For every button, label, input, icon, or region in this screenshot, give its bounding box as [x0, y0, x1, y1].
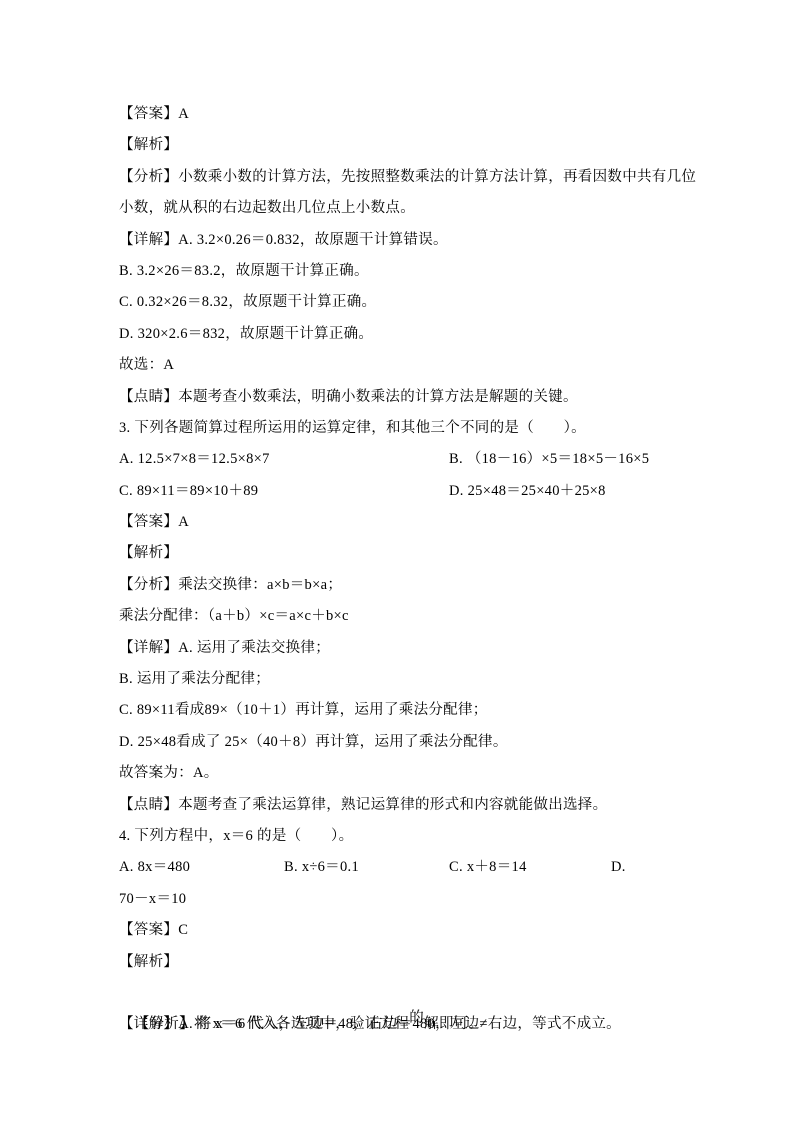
q4-option-d-label: D. — [611, 852, 716, 883]
q3-conclusion: 故答案为：A。 — [119, 758, 716, 789]
q2-analysis-header: 【解析】 — [119, 130, 716, 161]
q3-option-d: D. 25×48＝25×40＋25×8 — [449, 476, 716, 507]
q3-analysis-line-2: 乘法分配律：（a＋b）×c＝a×c＋b×c — [119, 601, 716, 632]
q2-detail-option-d: D. 320×2.6＝832，故原题干计算正确。 — [119, 319, 716, 350]
document-page: 【答案】A 【解析】 【分析】小数乘小数的计算方法，先按照整数乘法的计算方法计算… — [0, 0, 794, 1123]
q2-detail-option-a: 【详解】A. 3.2×0.26＝0.832，故原题干计算错误。 — [119, 225, 716, 256]
q4-analysis-header: 【解析】 — [119, 947, 716, 978]
q3-question: 3. 下列各题简算过程所运用的运算定律，和其他三个不同的是（ ）。 — [119, 413, 716, 444]
q4-question: 4. 下列方程中，x＝6 的是（ ）。 — [119, 821, 716, 852]
q3-note: 【点睛】本题考查了乘法运算律，熟记运算律的形式和内容就能做出选择。 — [119, 790, 716, 821]
q3-detail-option-c: C. 89×11看成89×（10＋1）再计算，运用了乘法分配律； — [119, 695, 716, 726]
q2-analysis-line-1: 【分析】小数乘小数的计算方法，先按照整数乘法的计算方法计算，再看因数中共有几位 — [119, 162, 716, 193]
q3-detail-option-a: 【详解】A. 运用了乘法交换律； — [119, 633, 716, 664]
q2-note: 【点睛】本题考查小数乘法，明确小数乘法的计算方法是解题的关键。 — [119, 382, 716, 413]
q3-analysis-line-1: 【分析】乘法交换律：a×b＝b×a； — [119, 570, 716, 601]
q2-answer-line: 【答案】A — [119, 99, 716, 130]
q3-option-c: C. 89×11＝89×10＋89 — [119, 476, 449, 507]
q2-detail-option-c: C. 0.32×26＝8.32，故原题干计算正确。 — [119, 287, 716, 318]
q2-detail-option-b: B. 3.2×26＝83.2，故原题干计算正确。 — [119, 256, 716, 287]
q3-options-row-2: C. 89×11＝89×10＋89 D. 25×48＝25×40＋25×8 — [119, 476, 716, 507]
q3-option-a: A. 12.5×7×8＝12.5×8×7 — [119, 444, 449, 475]
q4-analysis-superscript: 的 — [409, 1011, 424, 1026]
q3-option-b: B. （18－16）×5＝18×5－16×5 — [449, 444, 716, 475]
q4-answer-line: 【答案】C — [119, 915, 716, 946]
q2-conclusion: 故选：A — [119, 350, 716, 381]
q2-analysis-line-2: 小数，就从积的右边起数出几位点上小数点。 — [119, 193, 716, 224]
q4-options-row: A. 8x＝480 B. x÷6＝0.1 C. x＋8＝14 D. — [119, 852, 716, 883]
q3-detail-option-b: B. 运用了乘法分配律； — [119, 664, 716, 695]
q4-option-c: C. x＋8＝14 — [449, 852, 611, 883]
q4-option-b: B. x÷6＝0.1 — [284, 852, 449, 883]
q3-options-row-1: A. 12.5×7×8＝12.5×8×7 B. （18－16）×5＝18×5－1… — [119, 444, 716, 475]
q4-option-a: A. 8x＝480 — [119, 852, 284, 883]
q4-option-d-continuation: 70－x＝10 — [119, 884, 716, 915]
q3-detail-option-d: D. 25×48看成了 25×（40＋8）再计算，运用了乘法分配律。 — [119, 727, 716, 758]
q4-analysis-line: 【分析】将 x＝6 代入各选项中，验证方程的解即可。 — [119, 978, 716, 1009]
q3-answer-line: 【答案】A — [119, 507, 716, 538]
q3-analysis-header: 【解析】 — [119, 538, 716, 569]
